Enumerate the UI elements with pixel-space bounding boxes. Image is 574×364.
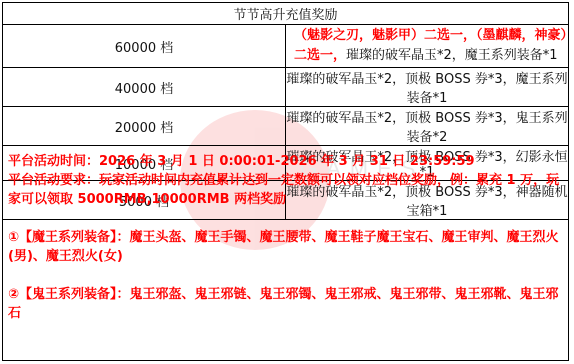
table-title: 节节高升充值奖励	[3, 3, 569, 25]
tier-cell: 60000 档	[3, 25, 286, 68]
table-row: 20000 档 璀璨的破军晶玉*2，顶极 BOSS 券*3，鬼王系列装备*2	[3, 107, 569, 146]
event-notes: 平台活动时间：2026 年 3 月 1 日 0:00:01-2026 年 3 月…	[8, 152, 564, 323]
tier-cell: 40000 档	[3, 68, 286, 107]
reward-cell: 璀璨的破军晶玉*2，顶极 BOSS 券*3，魔王系列装备*1	[286, 68, 569, 107]
reward-cell: 璀璨的破军晶玉*2，顶极 BOSS 券*3，鬼王系列装备*2	[286, 107, 569, 146]
table-row: 40000 档 璀璨的破军晶玉*2，顶极 BOSS 券*3，魔王系列装备*1	[3, 68, 569, 107]
tier-cell: 20000 档	[3, 107, 286, 146]
table-row: 60000 档 （魅影之刃，魅影甲）二选一，（墨麒麟，神豪）二选一，璀璨的破军晶…	[3, 25, 569, 68]
ghost-set-list: ②【鬼王系列装备】：鬼王邪盔、鬼王邪链、鬼王邪镯、鬼王邪戒、鬼王邪带、鬼王邪靴、…	[8, 285, 564, 323]
reward-text: 璀璨的破军晶玉*2，魔王系列装备*1	[346, 48, 558, 63]
reward-cell: （魅影之刃，魅影甲）二选一，（墨麒麟，神豪）二选一，璀璨的破军晶玉*2，魔王系列…	[286, 25, 569, 68]
demon-set-list: ①【魔王系列装备】：魔王头盔、魔王手镯、魔王腰带、魔王鞋子魔王宝石、魔王审判、魔…	[8, 228, 564, 266]
event-time: 平台活动时间：2026 年 3 月 1 日 0:00:01-2026 年 3 月…	[8, 152, 564, 171]
event-requirement: 平台活动要求：玩家活动时间内充值累计达到一定数额可以领对应档位奖励，例：累充 1…	[8, 171, 564, 209]
table-title-row: 节节高升充值奖励	[3, 3, 569, 25]
